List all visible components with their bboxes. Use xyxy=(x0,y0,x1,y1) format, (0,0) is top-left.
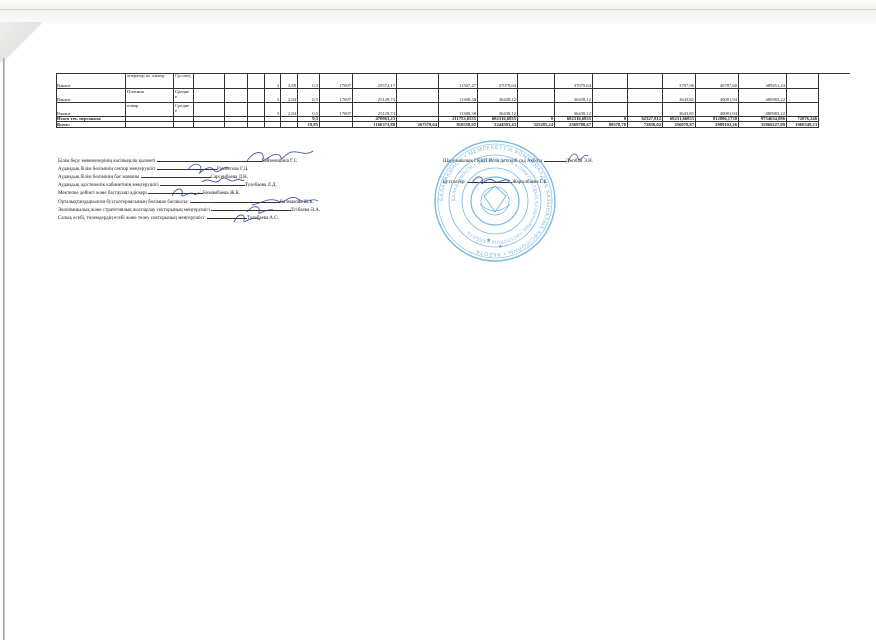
table-cell-bonus: 11308,38 xyxy=(439,89,478,103)
table-cell-category xyxy=(265,122,281,128)
svg-text:★: ★ xyxy=(498,244,503,250)
table-cell-c22 xyxy=(787,103,819,117)
table-cell-base: 17697 xyxy=(320,103,353,117)
cell-text: оператор по электр. xyxy=(127,73,172,78)
table-cell-annual: 35869227,09 xyxy=(739,122,787,128)
table-cell-education xyxy=(174,122,194,128)
document-sheet: Вакантоператор по электр.Ср.спец43,890,5… xyxy=(0,0,876,640)
table-cell-total: 2244503,43 xyxy=(478,122,518,128)
table-cell-total2: 37079,64 xyxy=(555,73,593,89)
signature-title: Салық есебі, төлемдердің есебі және төле… xyxy=(58,216,206,221)
table-cell-c6 xyxy=(248,122,265,128)
table-cell-name: Вакант xyxy=(56,103,126,117)
table-cell-c17 xyxy=(593,103,628,117)
table-cell-c15 xyxy=(518,103,555,117)
table-cell-c17 xyxy=(593,89,628,103)
cell-text: Вакант xyxy=(57,83,124,88)
cell-text: Вакант xyxy=(57,97,124,102)
signature-title: Аудандық білім бөлімінің сектор меңгеруш… xyxy=(58,167,156,172)
table-cell-annual: 480983,22 xyxy=(739,89,787,103)
table-cell-extra: 3643,81 xyxy=(663,89,696,103)
cell-text: Средне е xyxy=(175,89,192,99)
table-cell-c4 xyxy=(194,122,225,128)
table-cell-extra: 3643,81 xyxy=(663,103,696,117)
table-cell-education: Средне е xyxy=(174,89,194,103)
table-cell-position: оператор по электр. xyxy=(126,73,174,89)
table-cell-c12: 267578,64 xyxy=(397,122,439,128)
table-cell-c15 xyxy=(518,73,555,89)
table-cell-education: Ср.спец xyxy=(174,73,194,89)
table-cell-c18 xyxy=(628,89,663,103)
table-cell-c5 xyxy=(225,89,248,103)
cell-text: Плотник xyxy=(127,89,172,94)
table-cell-c5 xyxy=(225,122,248,128)
signature-title: Орталықтандырылған бухгалтериясының бөлі… xyxy=(58,200,189,205)
handwritten-signature-icon xyxy=(245,147,315,165)
table-cell-total2: 2569788,67 xyxy=(555,122,593,128)
table-cell-rate: 0,5 xyxy=(298,89,320,103)
table-cell-c5 xyxy=(225,103,248,117)
table-cell-c12 xyxy=(397,89,439,103)
table-cell-c22 xyxy=(787,89,819,103)
table-cell-monthly: 2989102,26 xyxy=(696,122,739,128)
table-cell-annual: 489451,24 xyxy=(739,73,787,89)
table-cell-c4 xyxy=(194,89,225,103)
table-cell-rate: 19,85 xyxy=(298,122,320,128)
handwritten-signature-icon xyxy=(470,173,512,187)
table-cell-total2: 36438,12 xyxy=(555,89,593,103)
table-cell-position xyxy=(126,122,174,128)
cell-text: повар xyxy=(127,103,172,108)
table-cell-monthly: 40081,94 xyxy=(696,89,739,103)
table-cell-coefficient: 2,84 xyxy=(281,89,298,103)
table-cell-salary: 25129,74 xyxy=(353,89,397,103)
table-cell-extra: 3707,96 xyxy=(663,73,696,89)
table-cell-total: 36438,12 xyxy=(478,103,518,117)
table-cell-total: 37079,64 xyxy=(478,73,518,89)
table-cell-name: Всего: xyxy=(56,122,126,128)
table-cell-coefficient: 3,89 xyxy=(281,73,298,89)
signature-title: Аудандық білім бөлімінің бас маманы xyxy=(58,175,139,180)
table-cell-c18 xyxy=(628,73,663,89)
table-cell-name: Вакант xyxy=(56,89,126,103)
signature-name: Тулебаева Л.Д. xyxy=(245,183,277,188)
table-cell-base: 17697 xyxy=(320,73,353,89)
table-cell-c12 xyxy=(397,103,439,117)
table-cell-c15 xyxy=(518,89,555,103)
handwritten-signature-icon xyxy=(200,174,245,188)
table-cell-c18: 72856,02 xyxy=(628,122,663,128)
table-cell-coefficient: 2,84 xyxy=(281,103,298,117)
table-cell-c4 xyxy=(194,103,225,117)
cell-text: Ср.спец xyxy=(175,73,192,78)
table-cell-category: 3 xyxy=(265,103,281,117)
table-cell-base: 17697 xyxy=(320,89,353,103)
table-cell-c17: 89378,78 xyxy=(593,122,628,128)
table-cell-rate: 0,5 xyxy=(298,73,320,89)
table-cell-c6 xyxy=(248,89,265,103)
table-cell-total: 36438,12 xyxy=(478,89,518,103)
signature-title: Мектепке дейінгі және бастауыш әдіскері xyxy=(58,191,147,196)
table-cell-bonus: 11507,47 xyxy=(439,73,478,89)
cell-text: Средне е xyxy=(175,103,192,113)
table-cell-education: Средне е xyxy=(174,103,194,117)
table-cell-extra: 256978,87 xyxy=(663,122,696,128)
table-cell-c22 xyxy=(787,73,819,89)
table-cell-c15: 325285,24 xyxy=(518,122,555,128)
signature-name: Бимамбаева Ж.К. xyxy=(203,191,240,196)
table-cell-salary: 1166373,88 xyxy=(353,122,397,128)
handwritten-signature-icon xyxy=(232,210,262,226)
table-cell-name: Вакант xyxy=(56,73,126,89)
table-cell-salary: 25129,74 xyxy=(353,103,397,117)
table-cell-coefficient xyxy=(281,122,298,128)
table-cell-monthly: 40081,94 xyxy=(696,103,739,117)
table-cell-salary: 25572,17 xyxy=(353,73,397,89)
table-cell-c6 xyxy=(248,73,265,89)
signature-line: Мектепке дейінгі және бастауыш әдіскері … xyxy=(58,191,240,197)
signature-title: Аудандық әдістемелік кабинетінің меңгеру… xyxy=(58,183,159,188)
table-cell-c17 xyxy=(593,73,628,89)
table-cell-c6 xyxy=(248,103,265,117)
table-cell-annual: 480983,22 xyxy=(739,103,787,117)
table-cell-category: 3 xyxy=(265,89,281,103)
table-cell-c4 xyxy=(194,73,225,89)
table-cell-c5 xyxy=(225,73,248,89)
table-cell-monthly: 40787,60 xyxy=(696,73,739,89)
table-cell-position: повар xyxy=(126,103,174,117)
handwritten-signature-icon xyxy=(170,186,200,200)
table-cell-c22: 1960349,23 xyxy=(787,122,819,128)
svg-text:★: ★ xyxy=(486,237,491,244)
table-cell-rate: 0,5 xyxy=(298,103,320,117)
table-cell-base xyxy=(320,122,353,128)
official-stamp-icon: БАЛАБАҚШАСЫ • МЕМЛЕКЕТТІК КОММУНАЛДЫҚ ҚА… xyxy=(432,138,558,264)
table-cell-category: 4 xyxy=(265,73,281,89)
signature-title: Білім беру мекемелерінің кәсіпкерлік қыз… xyxy=(58,159,155,164)
handwritten-signature-icon xyxy=(566,150,590,164)
table-cell-total2: 36438,12 xyxy=(555,103,593,117)
table-cell-bonus: 11308,38 xyxy=(439,103,478,117)
signature-title: Экономикалық және стратегиялық жоспарлау… xyxy=(58,208,210,213)
table-cell-bonus: 810550,92 xyxy=(439,122,478,128)
table-cell-c12 xyxy=(397,73,439,89)
table-cell-position: Плотник xyxy=(126,89,174,103)
svg-text:БАЛАБАҚШАСЫ • МЕМЛЕКЕТТІК КОММ: БАЛАБАҚШАСЫ • МЕМЛЕКЕТТІК КОММУНАЛДЫҚ ҚА… xyxy=(451,157,539,245)
table-cell-c18 xyxy=(628,103,663,117)
